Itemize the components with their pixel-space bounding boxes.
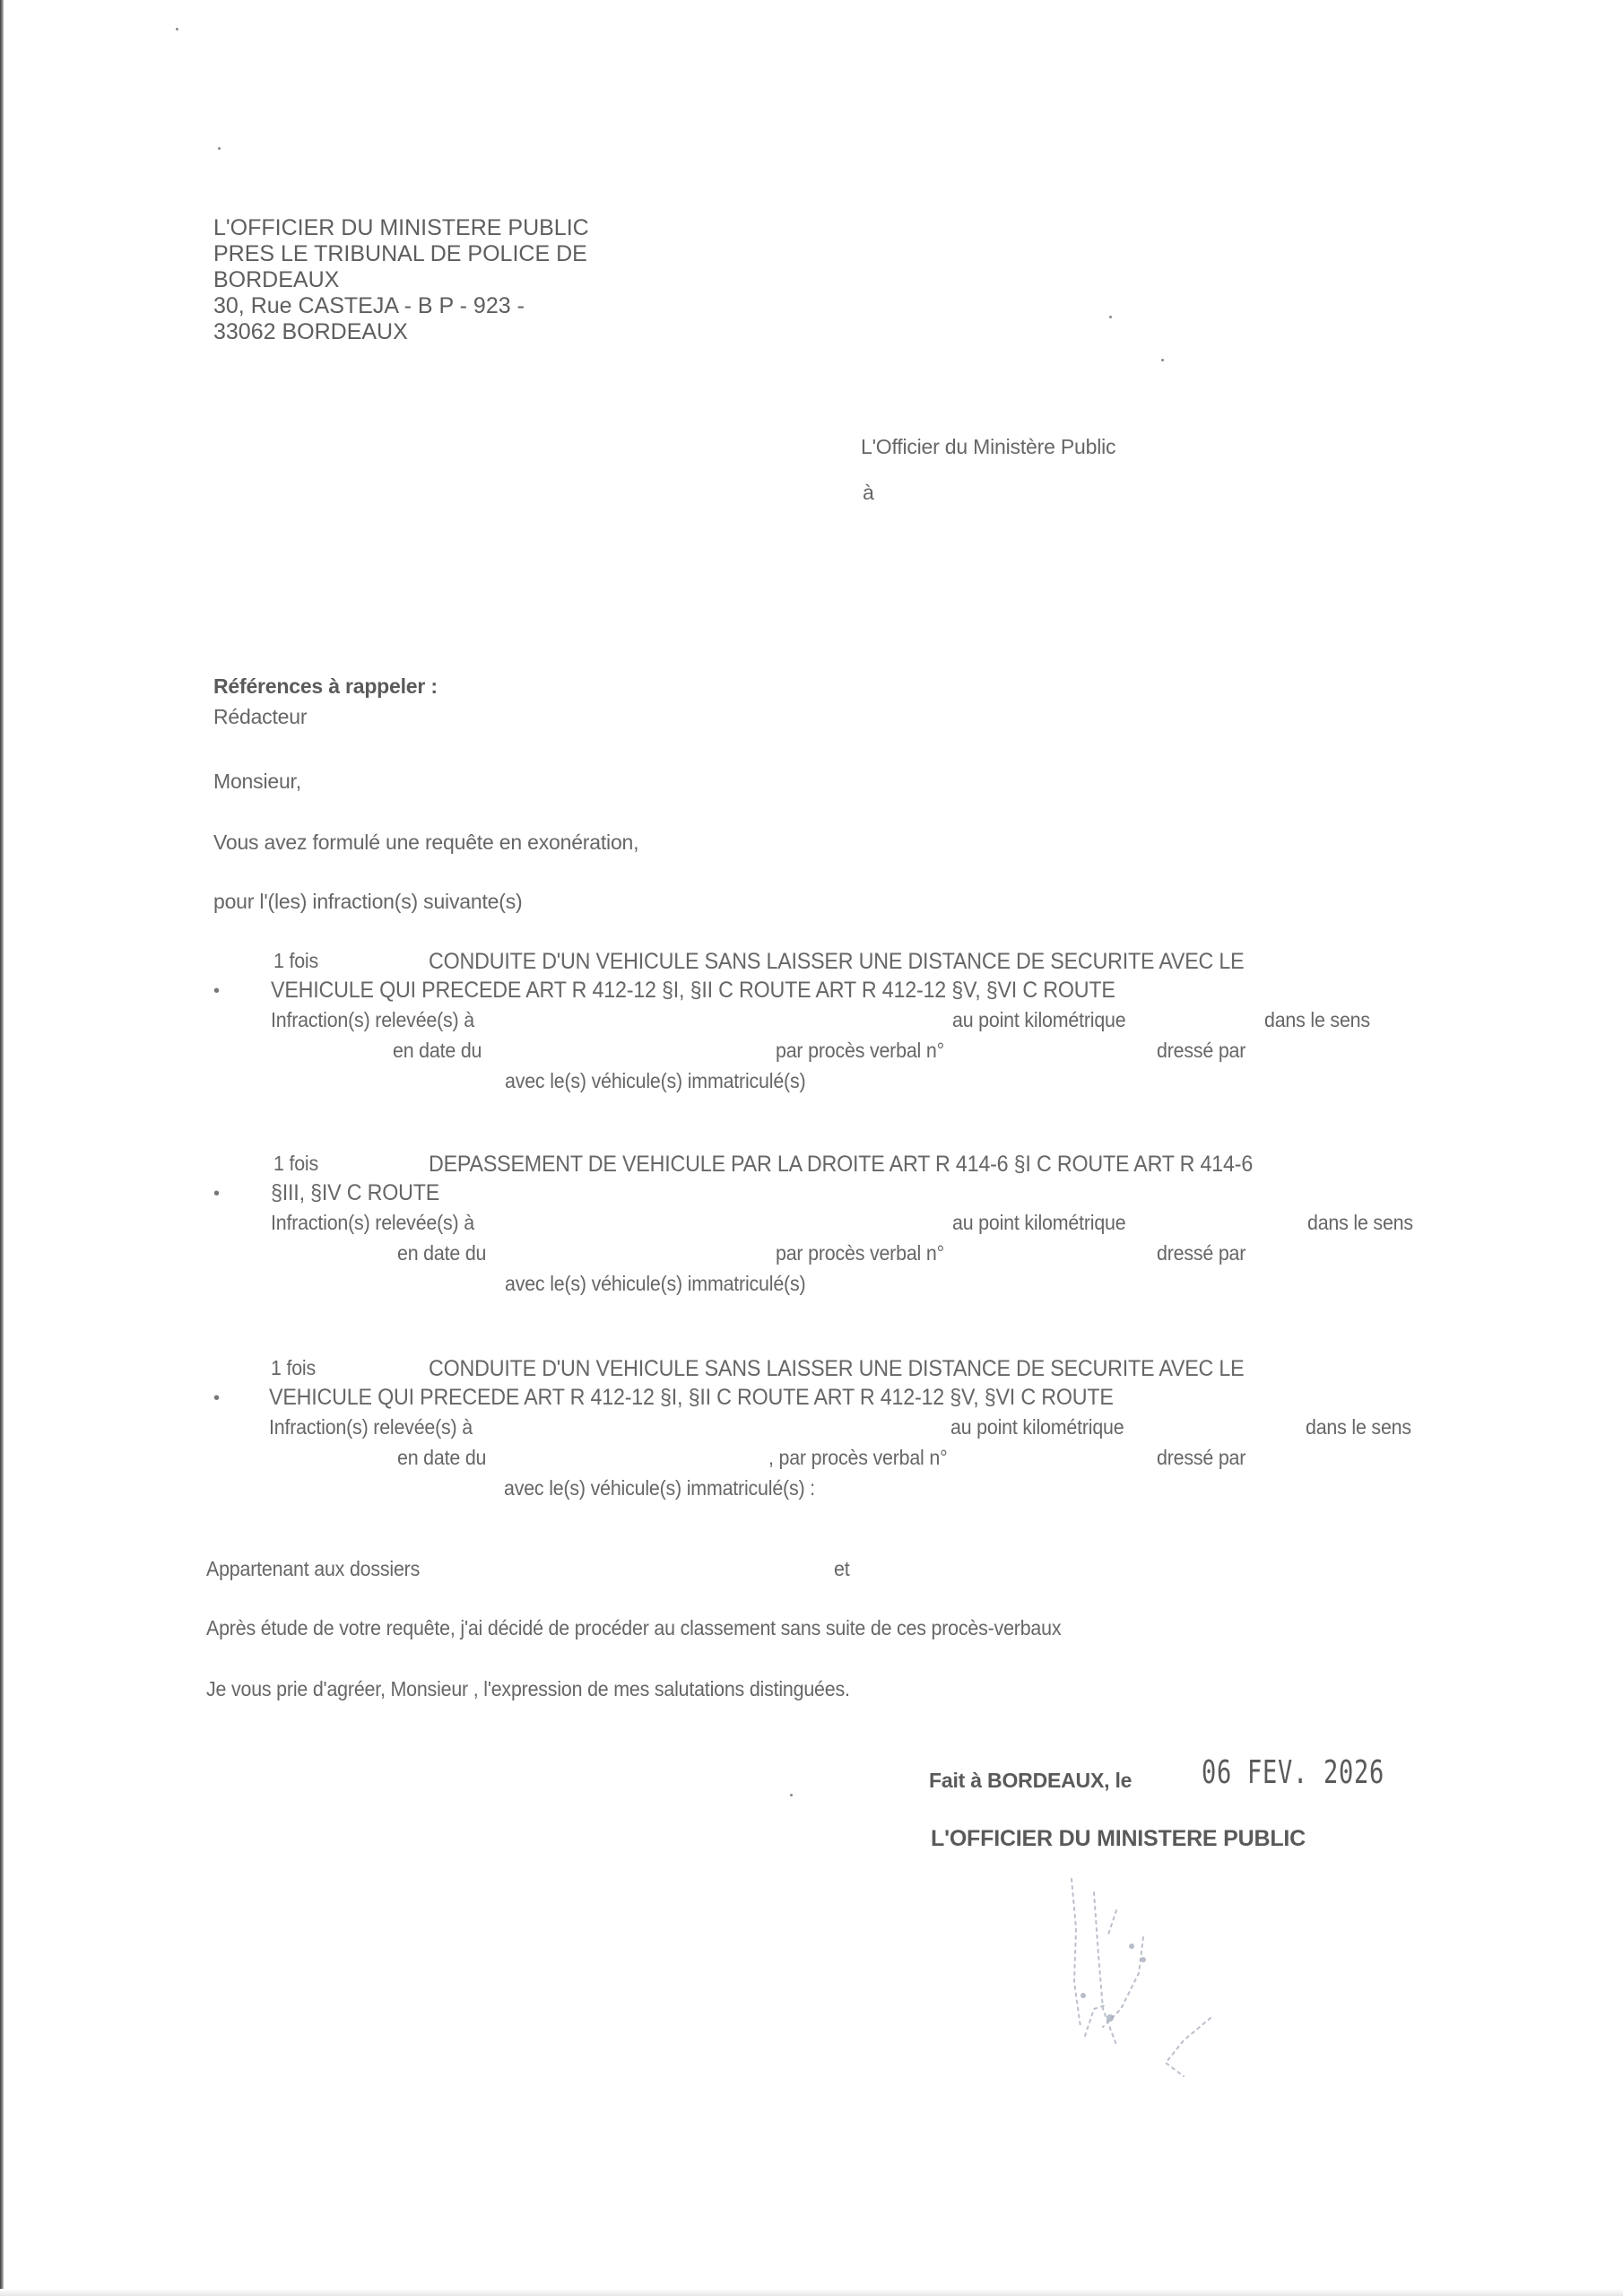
infraction-count: 1 fois	[273, 949, 318, 973]
vehicule-label: avec le(s) véhicule(s) immatriculé(s) :	[504, 1476, 815, 1500]
signature-scribble	[1031, 1874, 1246, 2090]
scan-speck	[218, 147, 221, 150]
redacteur-label: Rédacteur	[213, 705, 307, 729]
dresse-label: dressé par	[1157, 1241, 1245, 1265]
scan-edge-left	[0, 0, 4, 2296]
pk-label: au point kilométrique	[952, 1008, 1125, 1032]
recipient-from: L'Officier du Ministère Public	[861, 435, 1115, 459]
releve-label: Infraction(s) relevée(s) à	[269, 1415, 473, 1439]
infraction-title-cont: VEHICULE QUI PRECEDE ART R 412-12 §I, §I…	[271, 978, 1115, 1004]
infraction-count: 1 fois	[273, 1152, 318, 1176]
infraction-title-cont: §III, §IV C ROUTE	[271, 1180, 439, 1206]
signature-title: L'OFFICIER DU MINISTERE PUBLIC	[931, 1826, 1306, 1852]
date-stamp: 06 FEV. 2026	[1202, 1754, 1445, 1791]
scan-speck	[1109, 316, 1112, 318]
sender-line: 30, Rue CASTEJA - B P - 923 -	[213, 293, 589, 319]
dossiers-and: et	[834, 1557, 849, 1581]
sens-label: dans le sens	[1306, 1415, 1411, 1439]
dresse-label: dressé par	[1157, 1446, 1245, 1470]
salutation: Monsieur,	[213, 770, 301, 794]
sens-label: dans le sens	[1307, 1211, 1413, 1235]
bullet-icon: •	[213, 1184, 220, 1205]
recipient-to: à	[863, 481, 874, 505]
date-label: en date du	[393, 1039, 482, 1063]
decision-text: Après étude de votre requête, j'ai décid…	[206, 1616, 1061, 1640]
bullet-icon: •	[213, 1388, 220, 1409]
date-stamp-value: 06 FEV. 2026	[1202, 1754, 1384, 1791]
sender-line: L'OFFICIER DU MINISTERE PUBLIC	[213, 215, 589, 241]
infractions-intro: pour l'(les) infraction(s) suivante(s)	[213, 890, 522, 914]
releve-label: Infraction(s) relevée(s) à	[271, 1008, 474, 1032]
politeness-text: Je vous prie d'agréer, Monsieur , l'expr…	[206, 1677, 850, 1701]
pk-label: au point kilométrique	[952, 1211, 1125, 1235]
dresse-label: dressé par	[1157, 1039, 1245, 1063]
sens-label: dans le sens	[1264, 1008, 1370, 1032]
infraction-count: 1 fois	[271, 1356, 316, 1380]
infraction-title: DEPASSEMENT DE VEHICULE PAR LA DROITE AR…	[429, 1152, 1253, 1178]
pv-label: , par procès verbal n°	[768, 1446, 947, 1470]
date-label: en date du	[397, 1446, 486, 1470]
infraction-title-cont: VEHICULE QUI PRECEDE ART R 412-12 §I, §I…	[269, 1385, 1114, 1411]
infraction-title: CONDUITE D'UN VEHICULE SANS LAISSER UNE …	[429, 949, 1244, 975]
scan-speck	[1161, 359, 1164, 361]
date-label: en date du	[397, 1241, 486, 1265]
pv-label: par procès verbal n°	[776, 1039, 944, 1063]
scan-speck	[176, 28, 178, 30]
references-label: Références à rappeler :	[213, 674, 438, 699]
sender-address-block: L'OFFICIER DU MINISTERE PUBLIC PRES LE T…	[213, 215, 589, 345]
sender-line: PRES LE TRIBUNAL DE POLICE DE	[213, 241, 589, 267]
pk-label: au point kilométrique	[950, 1415, 1124, 1439]
bullet-icon: •	[213, 981, 220, 1002]
infraction-title: CONDUITE D'UN VEHICULE SANS LAISSER UNE …	[429, 1356, 1244, 1382]
signature-place: Fait à BORDEAUX, le	[929, 1769, 1132, 1793]
vehicule-label: avec le(s) véhicule(s) immatriculé(s)	[505, 1272, 805, 1296]
sender-line: BORDEAUX	[213, 267, 589, 293]
scan-speck	[790, 1794, 793, 1796]
pv-label: par procès verbal n°	[776, 1241, 944, 1265]
dossiers-label: Appartenant aux dossiers	[206, 1557, 420, 1581]
intro-text: Vous avez formulé une requête en exonéra…	[213, 831, 638, 855]
vehicule-label: avec le(s) véhicule(s) immatriculé(s)	[505, 1069, 805, 1093]
sender-line: 33062 BORDEAUX	[213, 319, 589, 345]
releve-label: Infraction(s) relevée(s) à	[271, 1211, 474, 1235]
scan-edge-bottom	[0, 2289, 1623, 2296]
